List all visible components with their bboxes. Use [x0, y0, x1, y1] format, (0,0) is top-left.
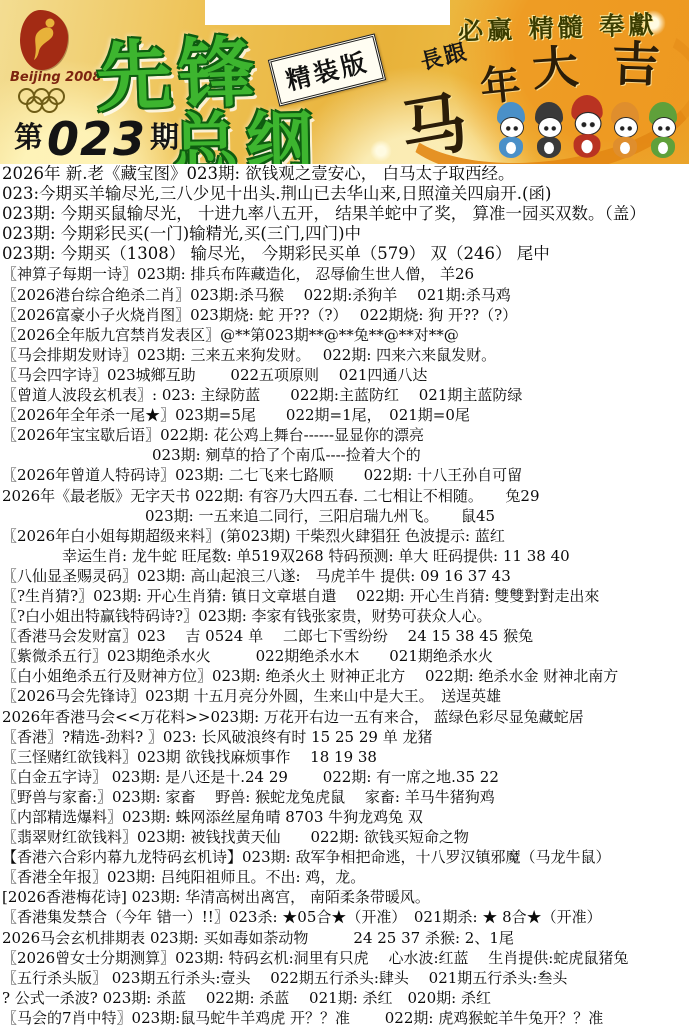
text-line: 〖三怪赌红欲钱料〗023期 欲钱找麻烦事作 18 19 38: [0, 747, 689, 767]
text-line: 023:今期买羊输尽光,三八少见十出头.荆山已去华山来,日照潼关四扇开.(函): [0, 184, 689, 204]
olympic-rings-icon: [18, 88, 98, 114]
text-line: 【香港六合彩内幕九龙特码玄机诗】023期: 敌军争相把命逃，十八罗汉镇邪魔（马龙…: [0, 847, 689, 867]
text-line: 2026年《最老版》无字天书 022期: 有容乃大四五春. 二七相让不相随。 兔…: [0, 486, 689, 506]
fuwa-mascot-icon: [567, 95, 607, 160]
text-line: 〖白小姐绝杀五行及财神方位〗023期: 绝杀火土 财神正北方 022期: 绝杀水…: [0, 666, 689, 686]
sparkle-decoration: [370, 140, 392, 162]
text-line: [2026香港梅花诗] 023期: 华清高树出离宫， 南陌柔条带暖风。: [0, 887, 689, 907]
text-line: 〖香港集发禁合（今年 错一）!!〗023杀: ★05合★（开准） 021期杀: …: [0, 907, 689, 927]
issue-value: 023: [47, 112, 146, 164]
text-line: 〖2026港台综合绝杀二肖〗023期:杀马猴 022期:杀狗羊 021期:杀马鸡: [0, 285, 689, 305]
text-line: 〖紫微杀五行〗023期绝杀水火 022期绝杀水木 021期绝杀水火: [0, 646, 689, 666]
text-line: 〖香港〗?精选-劲料? 〗023: 长风破浪终有时 15 25 29 单 龙猪: [0, 727, 689, 747]
text-line: 023期: 今期买（1308） 输尽光， 今期彩民买单（579） 双（246） …: [0, 244, 689, 264]
issue-suffix: 期: [150, 120, 179, 154]
text-line: 〖2026年白小姐每期超级来料〗(第023期) 干柴烈火肆猖狂 色波提示: 蓝红: [0, 526, 689, 546]
fuwa-mascot-icon: [493, 102, 529, 160]
text-line: 〖香港马会发财富〗023 吉 0524 单 二郎七下雪纷纷 24 15 38 4…: [0, 626, 689, 646]
text-line: 〖野兽与家畜:〗023期: 家畜 野兽: 猴蛇龙兔虎鼠 家畜: 羊马牛猪狗鸡: [0, 787, 689, 807]
text-line: 〖马会四字诗〗023城鄉互助 022五项原则 021四通八达: [0, 365, 689, 385]
text-line: 023期: 今期彩民买(一门)输精光,买(三门,四门)中: [0, 224, 689, 244]
banner-char: 马: [392, 69, 473, 164]
banner-char: 吉: [611, 25, 661, 96]
text-line: 〖2026年宝宝歇后语〗022期: 花公鸡上舞台------显显你的漂亮: [0, 425, 689, 445]
text-line: 〖白金五字诗〗 023期: 是八还是十.24 29 022期: 有一席之地.35…: [0, 767, 689, 787]
beijing-2008-caption: Beijing 2008: [10, 70, 100, 85]
text-line: 〖马会的7肖中特〗023期:鼠马蛇牛羊鸡虎 开？？准 022期: 虎鸡猴蛇羊牛兔…: [0, 1008, 689, 1028]
text-line: 〖八仙显圣赐灵码〗023期: 高山起浪三八遂: 马虎羊牛 提供: 09 16 3…: [0, 566, 689, 586]
fuwa-mascot-icon: [645, 102, 681, 160]
issue-prefix: 第: [14, 120, 43, 154]
dancing-figure-icon: [24, 14, 64, 66]
text-line: 〖2026马会先锋诗〗023期 十五月亮分外圆，生来山中是大王。 送逞英雄: [0, 686, 689, 706]
text-line: 幸运生肖: 龙牛蛇 旺尾数: 单519双268 特码预测: 单大 旺码提供: 1…: [0, 546, 689, 566]
issue-number: 第023期: [14, 112, 179, 164]
edition-stamp: 精装版: [268, 33, 386, 106]
text-line: 〖内部精选爆料〗023期: 蛛网添丝屋角晴 8703 牛狗龙鸡兔 双: [0, 807, 689, 827]
text-line: 〖马会排期发财诗〗023期: 三来五来狗发财。 022期: 四来六来鼠发财。: [0, 345, 689, 365]
text-line: 〖神算子每期一诗〗023期: 排兵布阵藏造化， 忍辱偷生世人僧， 羊26: [0, 264, 689, 284]
text-line: 〖2026年全年杀一尾★〗023期=5尾 022期=1尾， 021期=0尾: [0, 405, 689, 425]
fuwa-mascot-icon: [607, 102, 643, 160]
text-line: 2026年香港马会<<万花料>>023期: 万花开右边一五有来合， 蓝绿色彩尽显…: [0, 707, 689, 727]
text-line: ? 公式一杀波? 023期: 杀蓝 022期: 杀蓝 021期: 杀红 020期…: [0, 988, 689, 1008]
masthead: Beijing 2008 先锋 总纲 精装版 第023期 必赢 精髓 奉獻 長跟…: [0, 0, 689, 164]
text-line: 023期: 剜草的拾了个南瓜----捡着大个的: [0, 445, 689, 465]
text-line: 〖翡翠财红欲钱料〗023期: 被钱找黄天仙 022期: 欲钱买短命之物: [0, 827, 689, 847]
text-line: 〖?生肖猜?〗023期: 开心生肖猜: 镇日文章堪自遣 022期: 开心生肖猜:…: [0, 586, 689, 606]
olympic-seal-icon: [20, 10, 68, 70]
fuwa-mascots: [492, 98, 682, 160]
text-line: 2026马会玄机排期表 023期: 买如毒如荼动物 24 25 37 杀猴: 2…: [0, 928, 689, 948]
text-line: 〖五行杀头版〗 023期五行杀头:壹头 022期五行杀头:肆头 021期五行杀头…: [0, 968, 689, 988]
text-line: 〖2026全年版九宫禁肖发表区〗@**第023期**@**兔**@**对**@: [0, 325, 689, 345]
beijing-2008-emblem: Beijing 2008: [10, 6, 100, 116]
text-line: 〖2026曾女士分期测算〗023期: 特码玄机:洞里有只虎 心水波:红蓝 生肖提…: [0, 948, 689, 968]
text-line: 〖?白小姐出特赢钱特码诗?〗023期: 李家有钱张家贵，财势可获众人心。: [0, 606, 689, 626]
text-line: 〖2026年曾道人特码诗〗023期: 二七飞来七路顺 022期: 十八王孙自可留: [0, 465, 689, 485]
text-line: 〖2026富豪小子火烧肖图〗023期烧: 蛇 开??（?） 022期烧: 狗 开…: [0, 305, 689, 325]
lottery-tip-sheet: Beijing 2008 先锋 总纲 精装版 第023期 必赢 精髓 奉獻 長跟…: [0, 0, 689, 1028]
fuwa-mascot-icon: [531, 102, 567, 160]
text-line: 2026年 新.老《藏宝图》023期: 欲钱观之壹安心， 白马太子取西经。: [0, 164, 689, 184]
tips-text-block: 2026年 新.老《藏宝图》023期: 欲钱观之壹安心， 白马太子取西经。023…: [0, 164, 689, 1028]
text-line: 〖香港全年报〗023期: 吕纯阳祖师且。不出: 鸡，龙。: [0, 867, 689, 887]
banner-char: 大: [530, 30, 580, 99]
text-line: 023期: 一五来追二同行，三阳启瑞九州飞。 鼠45: [0, 506, 689, 526]
text-line: 〖曾道人波段玄机表〗: 023: 主绿防蓝 022期:主蓝防红 021期主蓝防绿: [0, 385, 689, 405]
text-line: 023期: 今期买鼠输尽光， 十进九率八五开， 结果羊蛇中了奖， 算准一园买双数…: [0, 204, 689, 224]
